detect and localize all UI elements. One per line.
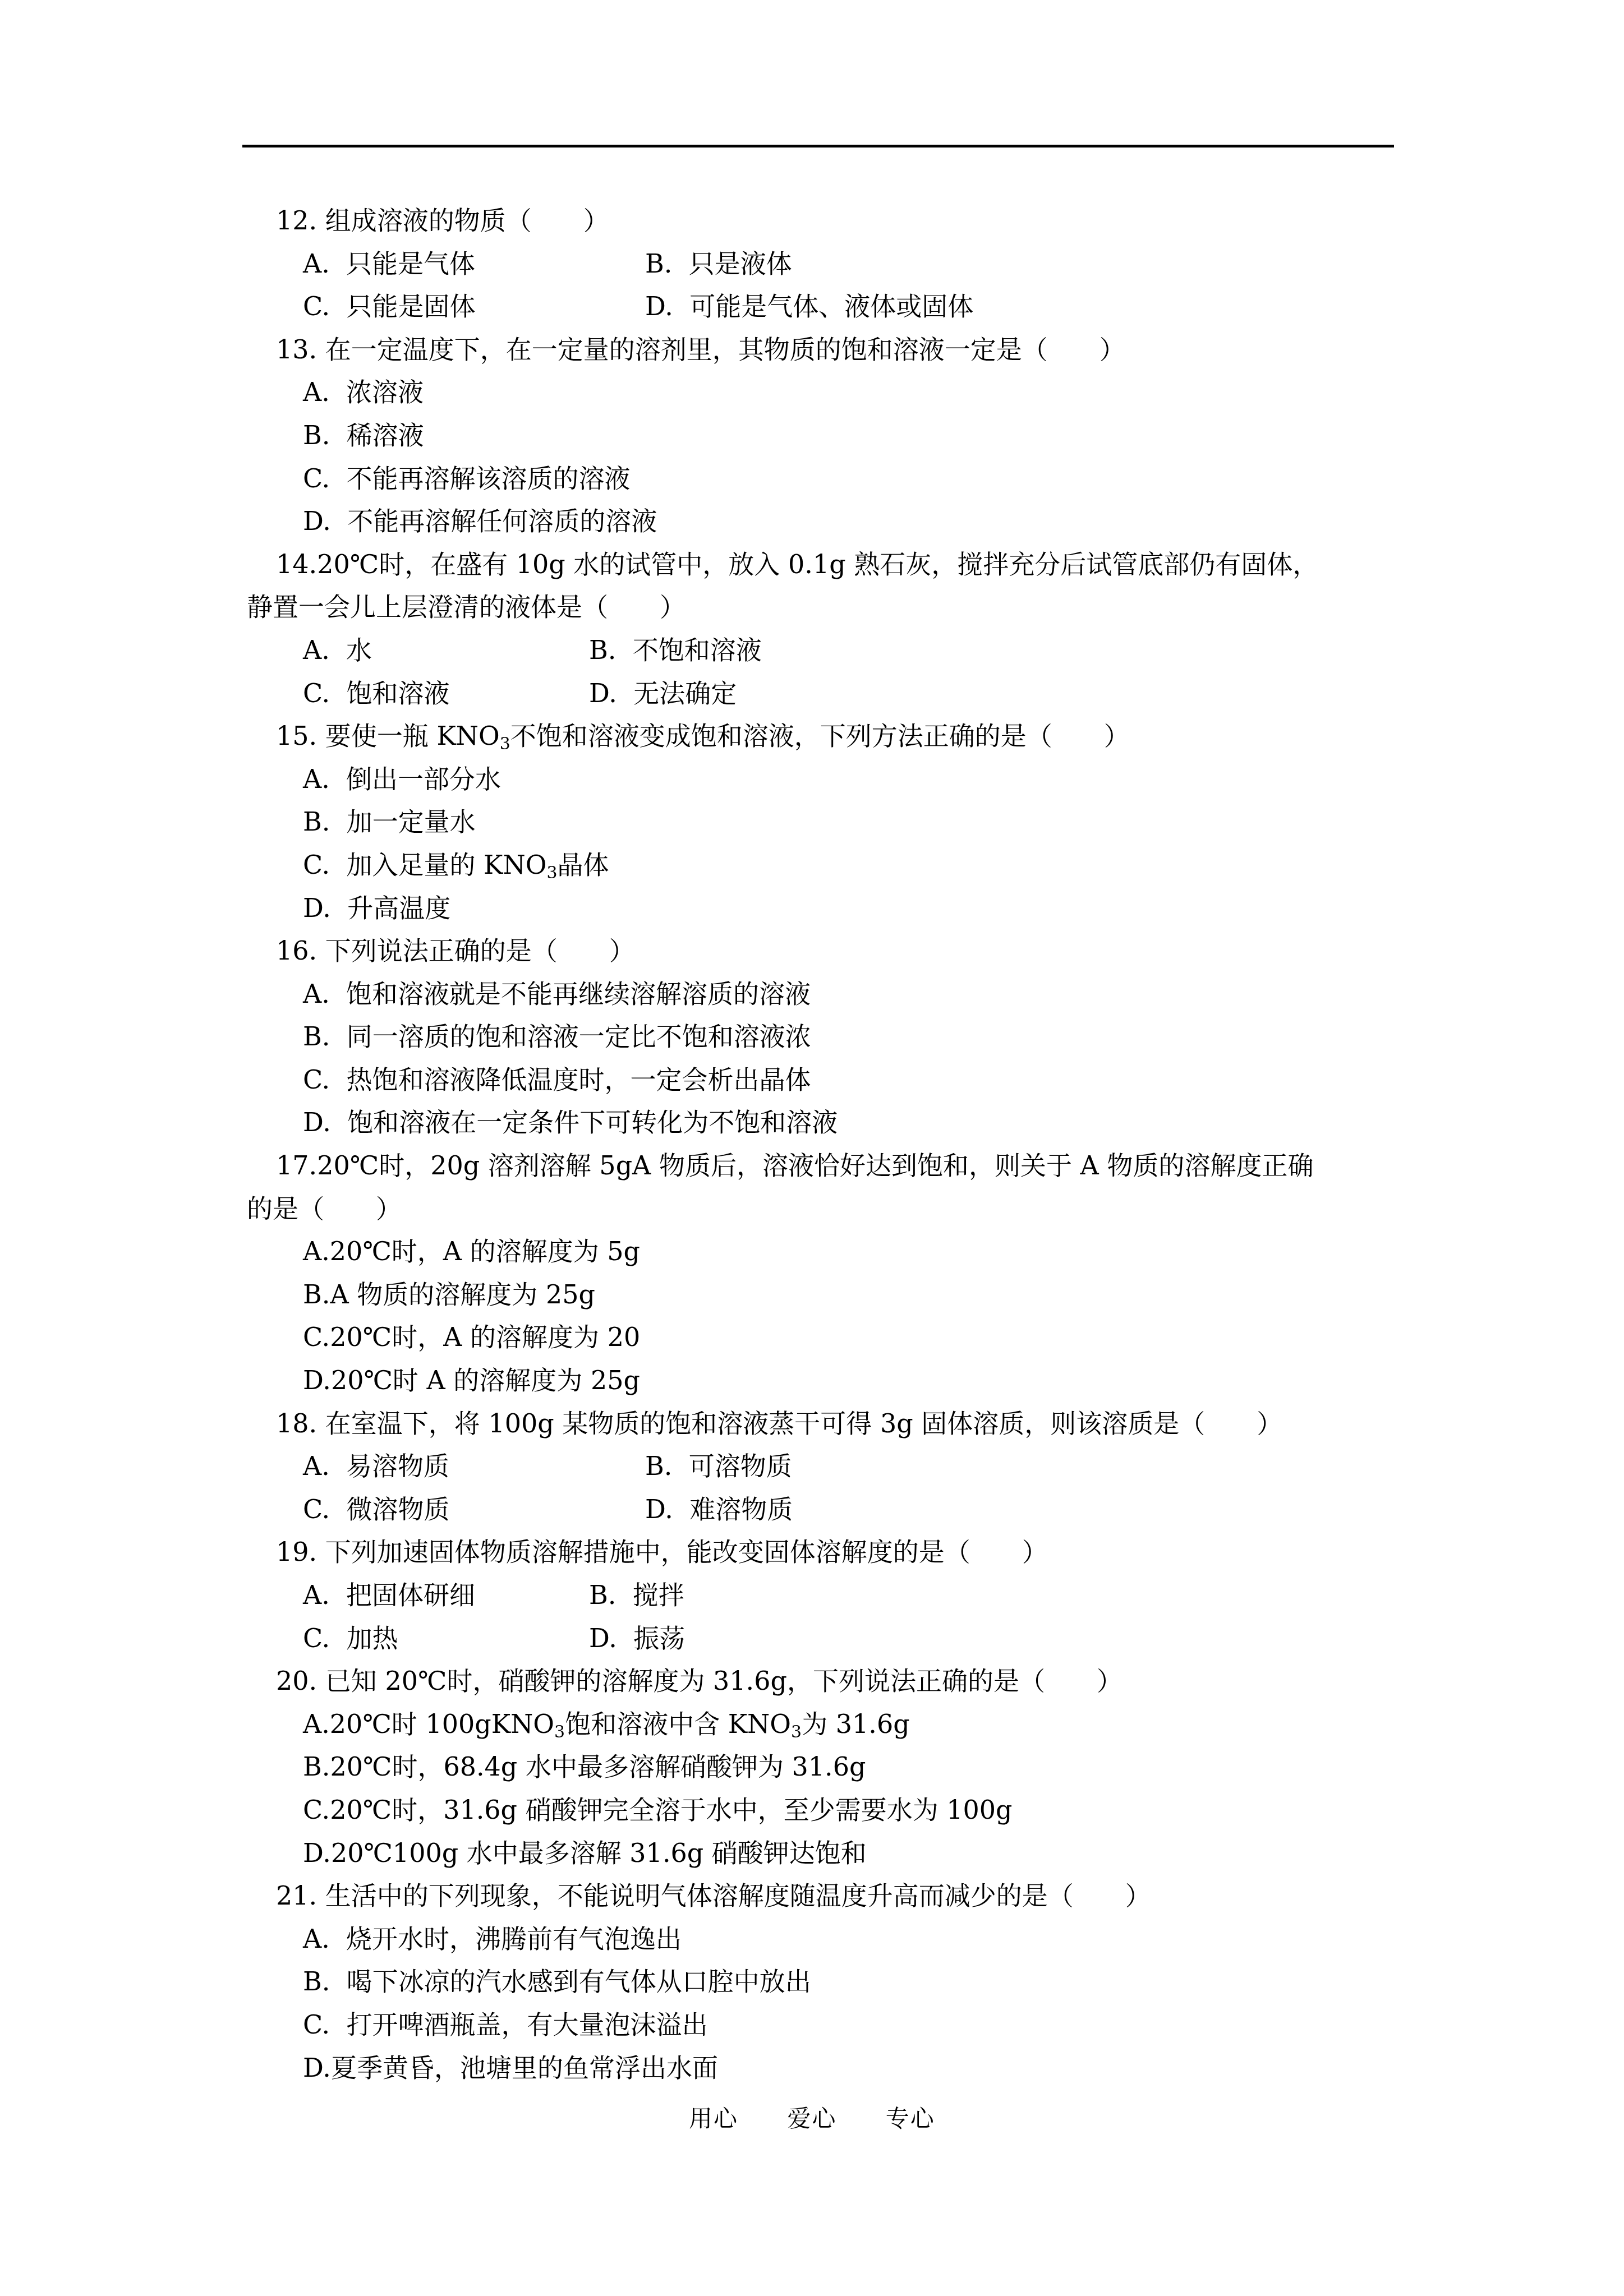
question-text: 下列加速固体物质溶解措施中，能改变固体溶解度的是（ ）: [325, 1537, 1048, 1567]
question-17-stem-continued: 的是（ ）: [247, 1187, 1402, 1230]
question-12-stem: 12. 组成溶液的物质（ ）: [247, 199, 1402, 242]
question-number: 17.: [276, 1150, 317, 1181]
question-text: 要使一瓶 KNO3不饱和溶液变成饱和溶液，下列方法正确的是（ ）: [325, 721, 1130, 751]
question-text: 20℃时，20g 溶剂溶解 5gA 物质后，溶液恰好达到饱和，则关于 A 物质的…: [317, 1150, 1313, 1181]
option-a[interactable]: A.20℃时 100gKNO3饱和溶液中含 KNO3为 31.6g: [247, 1703, 1402, 1746]
question-12-options-row1: A. 只能是气体 B. 只是液体: [247, 242, 1402, 285]
question-19-options-row2: C. 加热 D. 振荡: [247, 1617, 1402, 1660]
question-number: 19.: [276, 1537, 317, 1567]
option-b[interactable]: B. 同一溶质的饱和溶液一定比不饱和溶液浓: [247, 1015, 1402, 1058]
question-21-stem: 21. 生活中的下列现象，不能说明气体溶解度随温度升高而减少的是（ ）: [247, 1874, 1402, 1917]
question-12-options-row2: C. 只能是固体 D. 可能是气体、液体或固体: [247, 285, 1402, 328]
option-c[interactable]: C. 不能再溶解该溶质的溶液: [247, 457, 1402, 500]
question-13-stem: 13. 在一定温度下，在一定量的溶剂里，其物质的饱和溶液一定是（ ）: [247, 328, 1402, 371]
option-b[interactable]: B. 不饱和溶液: [589, 629, 762, 672]
option-b[interactable]: B.A 物质的溶解度为 25g: [247, 1273, 1402, 1316]
option-c[interactable]: C. 只能是固体: [303, 285, 645, 328]
option-d[interactable]: D. 饱和溶液在一定条件下可转化为不饱和溶液: [247, 1101, 1402, 1144]
question-16-stem: 16. 下列说法正确的是（ ）: [247, 929, 1402, 972]
option-d[interactable]: D. 振荡: [589, 1617, 685, 1660]
option-a[interactable]: A. 只能是气体: [303, 242, 645, 285]
page-footer: 用心 爱心 专心: [0, 2100, 1624, 2134]
footer-text: 用心: [689, 2105, 738, 2132]
option-d[interactable]: D. 可能是气体、液体或固体: [645, 285, 973, 328]
question-14-stem: 14.20℃时，在盛有 10g 水的试管中，放入 0.1g 熟石灰，搅拌充分后试…: [247, 543, 1402, 586]
option-a[interactable]: A. 水: [303, 629, 589, 672]
question-18-stem: 18. 在室温下，将 100g 某物质的饱和溶液蒸干可得 3g 固体溶质，则该溶…: [247, 1402, 1402, 1445]
question-text: 组成溶液的物质（ ）: [325, 205, 609, 236]
question-text: 的是（ ）: [247, 1193, 402, 1224]
option-d[interactable]: D. 无法确定: [589, 672, 737, 715]
option-d[interactable]: D.20℃时 A 的溶解度为 25g: [247, 1359, 1402, 1402]
option-b[interactable]: B. 只是液体: [645, 242, 792, 285]
question-20-stem: 20. 已知 20℃时，硝酸钾的溶解度为 31.6g，下列说法正确的是（ ）: [247, 1659, 1402, 1703]
option-c[interactable]: C. 饱和溶液: [303, 672, 589, 715]
option-a[interactable]: A. 把固体研细: [303, 1574, 589, 1617]
option-b[interactable]: B. 加一定量水: [247, 800, 1402, 843]
question-14-stem-continued: 静置一会儿上层澄清的液体是（ ）: [247, 585, 1402, 629]
question-18-options-row1: A. 易溶物质 B. 可溶物质: [247, 1445, 1402, 1488]
option-d[interactable]: D.夏季黄昏，池塘里的鱼常浮出水面: [247, 2046, 1402, 2090]
option-d[interactable]: D. 不能再溶解任何溶质的溶液: [247, 500, 1402, 543]
question-17-stem: 17.20℃时，20g 溶剂溶解 5gA 物质后，溶液恰好达到饱和，则关于 A …: [247, 1144, 1402, 1187]
question-number: 21.: [276, 1880, 317, 1911]
option-b[interactable]: B. 稀溶液: [247, 414, 1402, 457]
option-c[interactable]: C. 微溶物质: [303, 1488, 645, 1531]
option-b[interactable]: B.20℃时，68.4g 水中最多溶解硝酸钾为 31.6g: [247, 1745, 1402, 1788]
question-number: 14.: [276, 549, 317, 579]
footer-text: 专心: [886, 2105, 935, 2132]
question-number: 13.: [276, 334, 317, 365]
question-18-options-row2: C. 微溶物质 D. 难溶物质: [247, 1488, 1402, 1531]
option-c[interactable]: C. 热饱和溶液降低温度时，一定会析出晶体: [247, 1058, 1402, 1101]
option-c[interactable]: C. 加热: [303, 1617, 589, 1660]
question-15-stem: 15. 要使一瓶 KNO3不饱和溶液变成饱和溶液，下列方法正确的是（ ）: [247, 714, 1402, 758]
option-c[interactable]: C. 打开啤酒瓶盖，有大量泡沫溢出: [247, 2003, 1402, 2046]
question-number: 18.: [276, 1408, 317, 1439]
option-a[interactable]: A. 浓溶液: [247, 371, 1402, 414]
option-c[interactable]: C.20℃时，A 的溶解度为 20: [247, 1316, 1402, 1359]
question-19-options-row1: A. 把固体研细 B. 搅拌: [247, 1574, 1402, 1617]
option-b[interactable]: B. 喝下冰凉的汽水感到有气体从口腔中放出: [247, 1960, 1402, 2003]
option-a[interactable]: A. 倒出一部分水: [247, 758, 1402, 801]
question-number: 20.: [276, 1666, 317, 1696]
question-number: 15.: [276, 721, 317, 751]
option-a[interactable]: A. 饱和溶液就是不能再继续溶解溶质的溶液: [247, 972, 1402, 1016]
option-d[interactable]: D. 升高温度: [247, 887, 1402, 930]
question-14-options-row1: A. 水 B. 不饱和溶液: [247, 629, 1402, 672]
option-c[interactable]: C.20℃时，31.6g 硝酸钾完全溶于水中，至少需要水为 100g: [247, 1788, 1402, 1832]
option-a[interactable]: A. 烧开水时，沸腾前有气泡逸出: [247, 1917, 1402, 1961]
option-b[interactable]: B. 可溶物质: [645, 1445, 792, 1488]
question-list: 12. 组成溶液的物质（ ） A. 只能是气体 B. 只是液体 C. 只能是固体…: [247, 199, 1402, 2089]
option-b[interactable]: B. 搅拌: [589, 1574, 684, 1617]
footer-text: 爱心: [787, 2105, 836, 2132]
question-number: 16.: [276, 935, 317, 966]
option-d[interactable]: D.20℃100g 水中最多溶解 31.6g 硝酸钾达饱和: [247, 1832, 1402, 1875]
header-rule: [242, 145, 1394, 147]
question-text: 在一定温度下，在一定量的溶剂里，其物质的饱和溶液一定是（ ）: [325, 334, 1125, 365]
question-text: 已知 20℃时，硝酸钾的溶解度为 31.6g，下列说法正确的是（ ）: [325, 1666, 1122, 1696]
option-a[interactable]: A. 易溶物质: [303, 1445, 645, 1488]
option-a[interactable]: A.20℃时，A 的溶解度为 5g: [247, 1230, 1402, 1273]
option-d[interactable]: D. 难溶物质: [645, 1488, 793, 1531]
question-19-stem: 19. 下列加速固体物质溶解措施中，能改变固体溶解度的是（ ）: [247, 1530, 1402, 1574]
option-c[interactable]: C. 加入足量的 KNO3晶体: [247, 843, 1402, 887]
question-number: 12.: [276, 205, 317, 236]
question-text: 20℃时，在盛有 10g 水的试管中，放入 0.1g 熟石灰，搅拌充分后试管底部…: [317, 549, 1318, 579]
question-text: 生活中的下列现象，不能说明气体溶解度随温度升高而减少的是（ ）: [325, 1880, 1151, 1911]
question-text: 静置一会儿上层澄清的液体是（ ）: [247, 592, 686, 622]
question-text: 下列说法正确的是（ ）: [325, 935, 635, 966]
question-text: 在室温下，将 100g 某物质的饱和溶液蒸干可得 3g 固体溶质，则该溶质是（ …: [325, 1408, 1282, 1439]
question-14-options-row2: C. 饱和溶液 D. 无法确定: [247, 672, 1402, 715]
